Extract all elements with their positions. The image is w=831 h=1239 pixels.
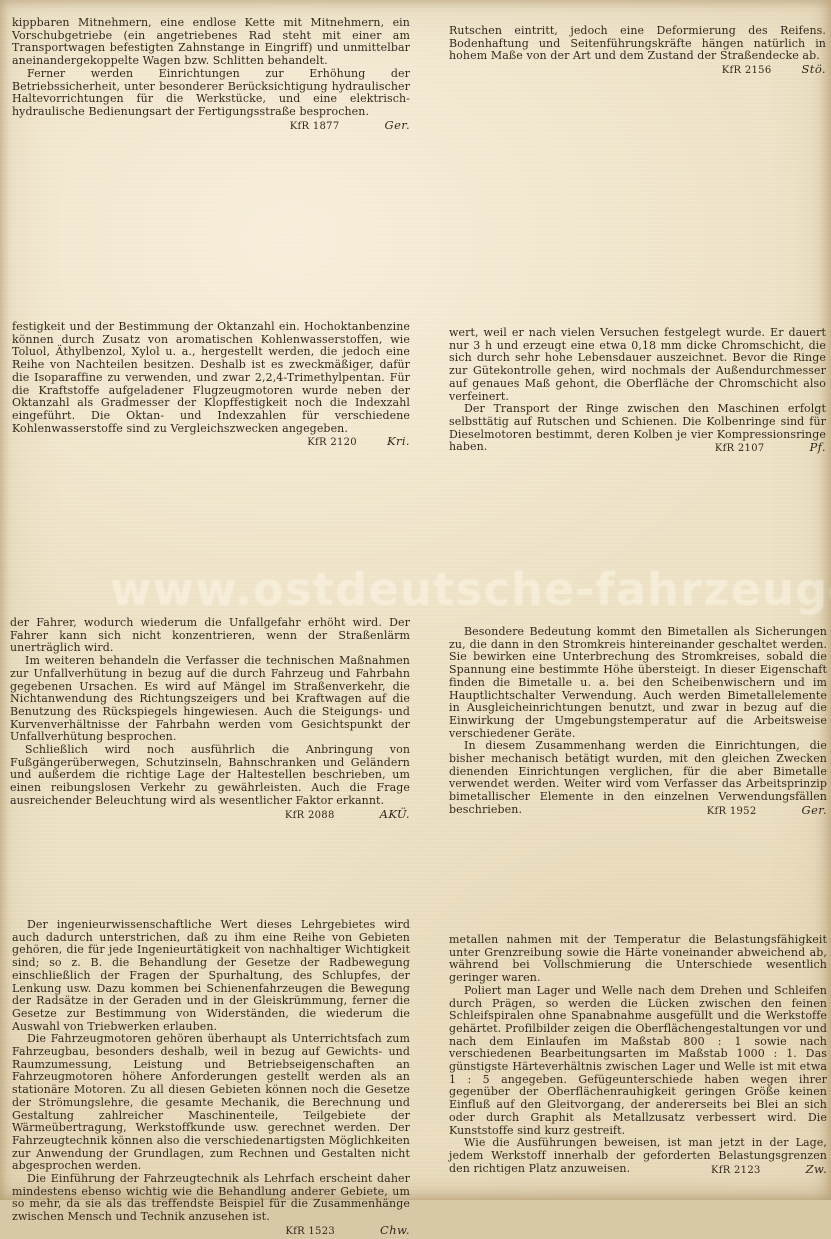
paragraph-text: kippbaren Mitnehmern, eine endlose Kette… [12, 16, 410, 67]
scanned-journal-page: kippbaren Mitnehmern, eine endlose Kette… [0, 0, 831, 1200]
abstract-block-lower-left: der Fahrer, wodurch wiederum die Unfallg… [10, 617, 410, 822]
reference-number: KfR 1877 [290, 121, 340, 132]
abstract-paragraph: Die Fahrzeugmotoren gehören überhaupt al… [12, 1033, 410, 1173]
abstract-paragraph: Der Transport der Ringe zwischen den Mas… [449, 403, 826, 454]
paragraph-text: Die Fahrzeugmotoren gehören überhaupt al… [12, 1032, 410, 1172]
reference: KfR 1877Ger. [275, 119, 410, 134]
reference: KfR 2120Kri. [307, 435, 410, 450]
abstract-block-bottom-left: Der ingenieurwissenschaftliche Wert dies… [12, 919, 410, 1200]
abstract-block-lower-right: Besondere Bedeutung kommt den Bimetallen… [449, 626, 827, 819]
abstract-block-top-right: Rutschen eintritt, jedoch eine Deformier… [449, 25, 826, 78]
reference: KfR 2123Zw. [696, 1163, 827, 1178]
reviewer-initials: AKÜ. [365, 808, 410, 821]
reviewer-initials: Ger. [370, 119, 410, 132]
abstract-paragraph: Die Einführung der Fahrzeugtechnik als L… [12, 1173, 410, 1200]
reviewer-initials: Pf. [795, 441, 826, 454]
paragraph-text: Rutschen eintritt, jedoch eine Deformier… [449, 24, 826, 62]
reference: KfR 2088AKÜ. [270, 808, 410, 823]
paragraph-text: Im weiteren behandeln die Verfasser die … [10, 654, 410, 743]
reference: KfR 2156Stö. [722, 63, 826, 78]
abstract-paragraph: der Fahrer, wodurch wiederum die Unfallg… [10, 617, 410, 655]
abstract-paragraph: In diesem Zusammenhang werden die Einric… [449, 740, 827, 816]
reference-number: KfR 2123 [711, 1165, 761, 1176]
abstract-paragraph: Poliert man Lager und Welle nach dem Dre… [449, 985, 827, 1137]
paragraph-text: Ferner werden Einrichtungen zur Erhöhung… [12, 67, 410, 118]
paragraph-text: Poliert man Lager und Welle nach dem Dre… [449, 984, 827, 1137]
reviewer-initials: Stö. [802, 63, 826, 76]
paragraph-text: festigkeit und der Bestimmung der Oktanz… [12, 320, 410, 435]
abstract-paragraph: metallen nahmen mit der Temperatur die B… [449, 934, 827, 985]
reference-number: KfR 2120 [307, 437, 357, 448]
abstract-block-mid-right: wert, weil er nach vielen Versuchen fest… [449, 327, 826, 456]
paragraph-text: der Fahrer, wodurch wiederum die Unfallg… [10, 616, 410, 654]
abstract-block-top-left: kippbaren Mitnehmern, eine endlose Kette… [12, 17, 410, 133]
paragraph-text: Der ingenieurwissenschaftliche Wert dies… [12, 918, 410, 1033]
abstract-paragraph: Wie die Ausführungen beweisen, ist man j… [449, 1137, 827, 1175]
abstract-paragraph: Schließlich wird noch ausführlich die An… [10, 744, 410, 808]
reference-number: KfR 2107 [715, 443, 765, 454]
watermark: www.ostdeutsche-fahrzeuge.de [110, 563, 730, 616]
reviewer-initials: Ger. [787, 804, 827, 817]
abstract-paragraph: Ferner werden Einrichtungen zur Erhöhung… [12, 68, 410, 119]
abstract-paragraph: Im weiteren behandeln die Verfasser die … [10, 655, 410, 744]
abstract-block-mid-left: festigkeit und der Bestimmung der Oktanz… [12, 321, 410, 450]
abstract-paragraph: festigkeit und der Bestimmung der Oktanz… [12, 321, 410, 435]
abstract-block-bottom-right: metallen nahmen mit der Temperatur die B… [449, 934, 827, 1177]
paragraph-text: Die Einführung der Fahrzeugtechnik als L… [12, 1172, 410, 1200]
abstract-paragraph: Der ingenieurwissenschaftliche Wert dies… [12, 919, 410, 1033]
reference: KfR 2107Pf. [700, 441, 826, 456]
paragraph-text: Schließlich wird noch ausführlich die An… [10, 743, 410, 807]
reference-number: KfR 2156 [722, 65, 772, 76]
abstract-paragraph: Besondere Bedeutung kommt den Bimetallen… [449, 626, 827, 740]
reference-number: KfR 2088 [285, 810, 335, 821]
paragraph-text: metallen nahmen mit der Temperatur die B… [449, 933, 827, 984]
reviewer-initials: Kri. [387, 435, 410, 448]
abstract-paragraph: wert, weil er nach vielen Versuchen fest… [449, 327, 826, 403]
paragraph-text: Besondere Bedeutung kommt den Bimetallen… [449, 625, 827, 740]
reference: KfR 1952Ger. [692, 804, 827, 819]
abstract-paragraph: Rutschen eintritt, jedoch eine Deformier… [449, 25, 826, 63]
reference-number: KfR 1952 [707, 806, 757, 817]
abstract-paragraph: kippbaren Mitnehmern, eine endlose Kette… [12, 17, 410, 68]
reviewer-initials: Zw. [791, 1163, 827, 1176]
paragraph-text: wert, weil er nach vielen Versuchen fest… [449, 326, 826, 403]
